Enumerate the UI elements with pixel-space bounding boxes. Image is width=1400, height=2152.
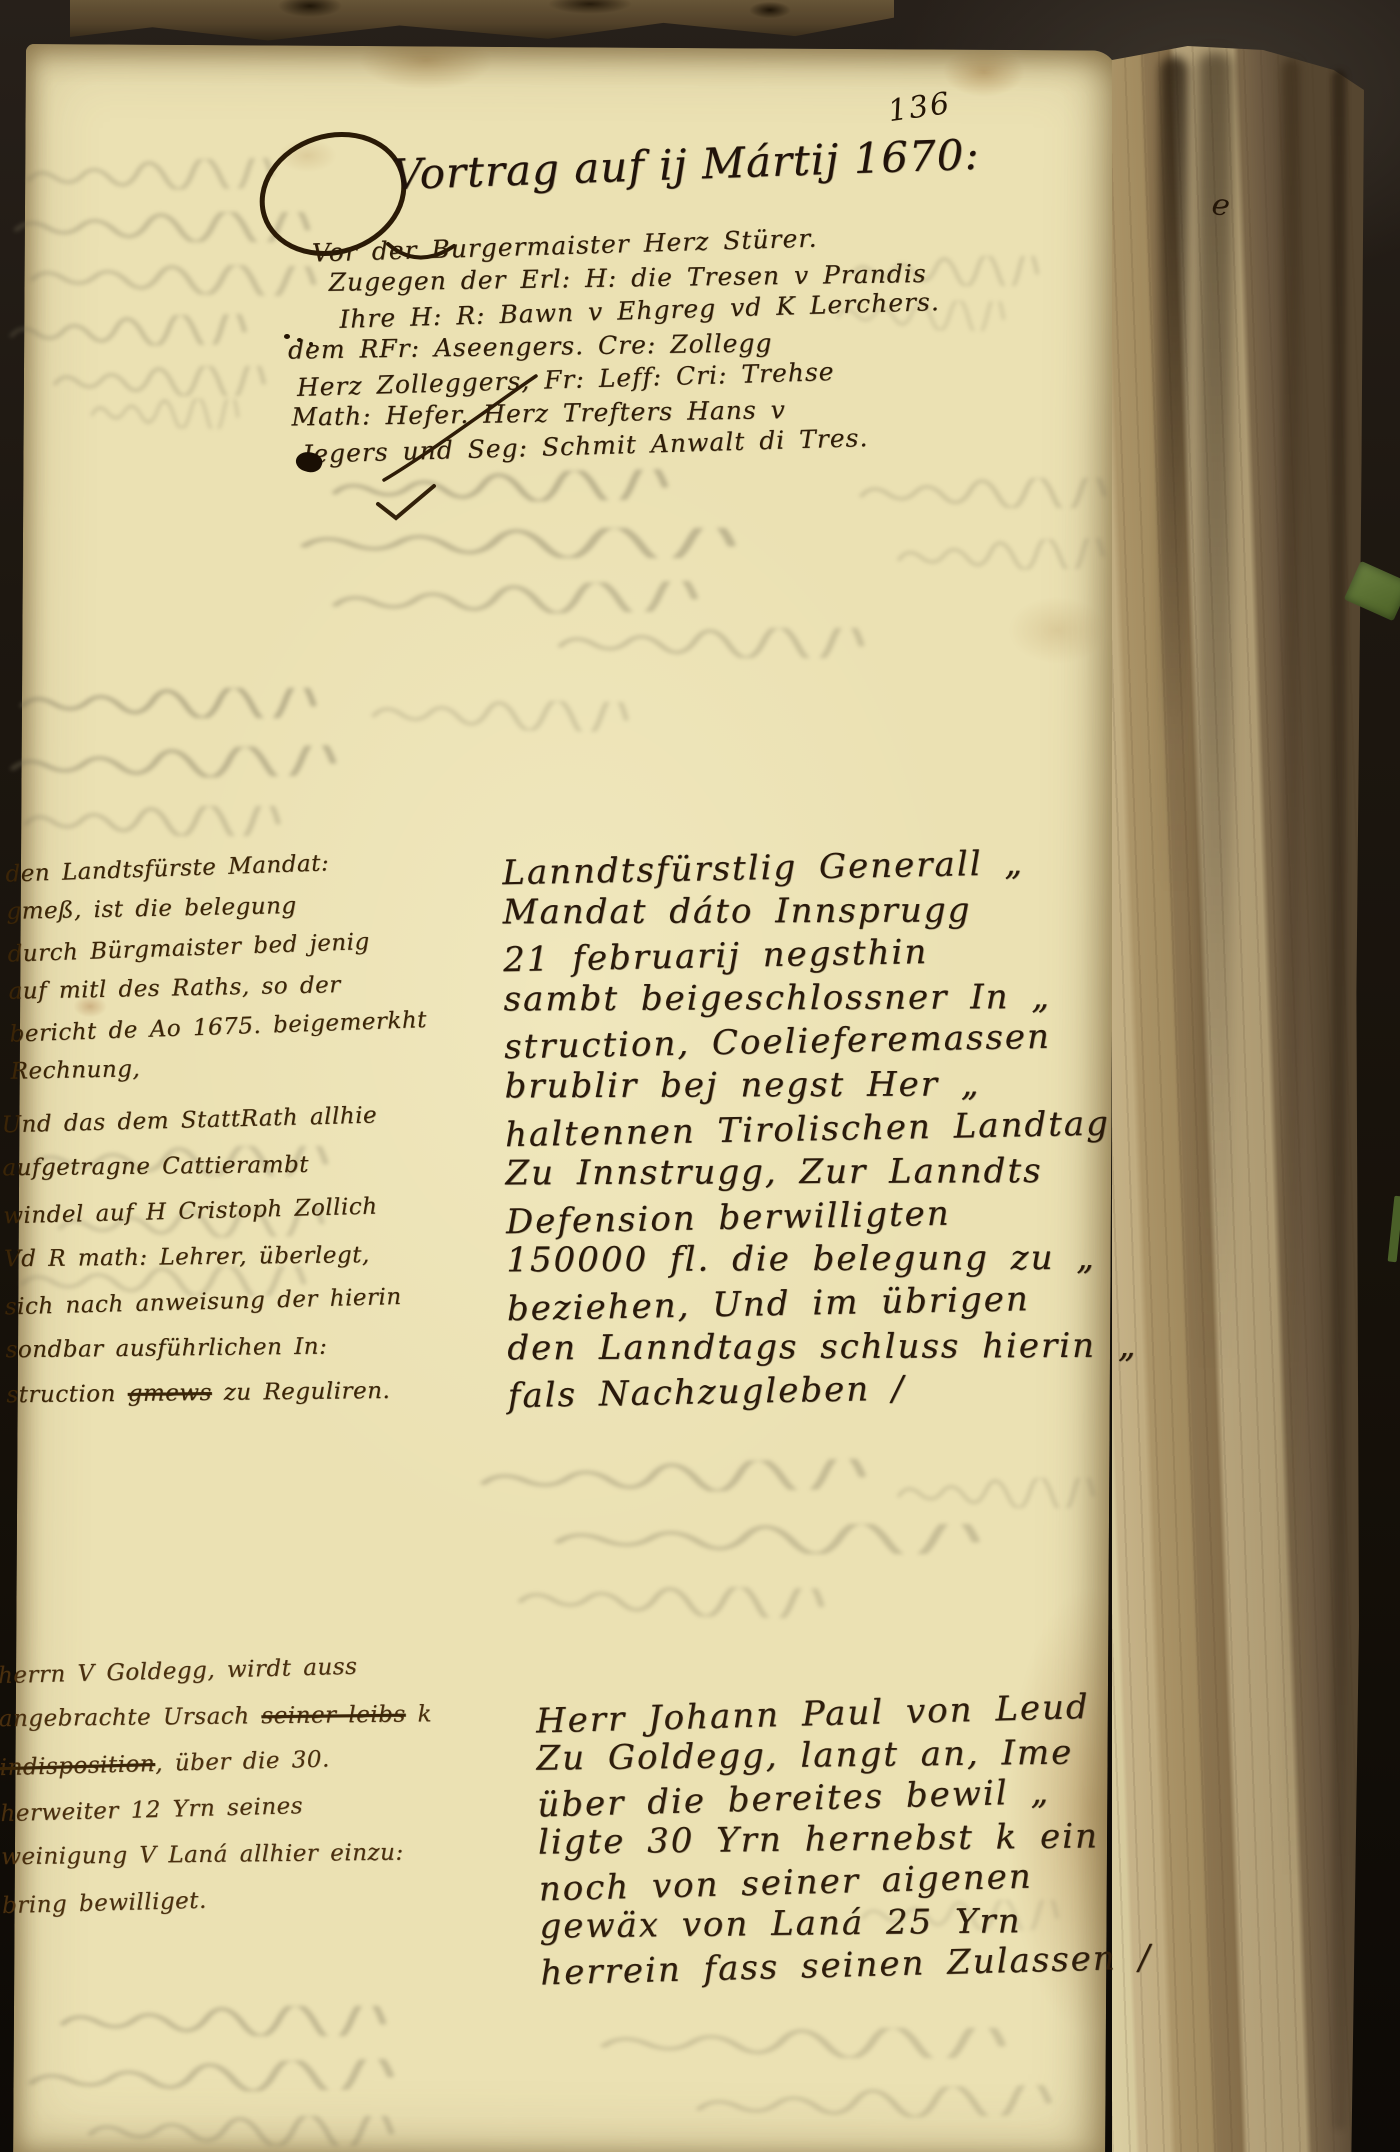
- bleedthrough-squiggle: [598, 2028, 1008, 2058]
- handwritten-line: herrn V Goldegg, wirdt auss: [0, 1643, 389, 1699]
- line-text: struction: [6, 1381, 128, 1408]
- fore-edge-shadow: [1332, 70, 1346, 2130]
- bleedthrough-squiggle: [86, 2116, 396, 2146]
- handwritten-line: beziehen, Und im übrigen: [506, 1276, 1157, 1332]
- bookmark-ribbon: [1388, 1196, 1400, 1263]
- bleedthrough-squiggle: [8, 745, 338, 781]
- handwritten-line: Lanndtsfürstlig Generall „: [502, 840, 1153, 896]
- handwritten-line: Und das dem StattRath allhie: [1, 1093, 412, 1149]
- struck-word: indisposition: [0, 1751, 155, 1781]
- line-text: angebrachte Ursach: [0, 1703, 262, 1732]
- bleedthrough-squiggle: [90, 397, 241, 430]
- bleedthrough-squiggle: [516, 1583, 826, 1618]
- manuscript-scan: e 136 Vortrag auf ij Mártij 1670: Vor de…: [0, 0, 1400, 2152]
- handwritten-line: brublir bej negst Her „: [504, 1063, 1154, 1109]
- handwritten-line: struction gmews zu Reguliren.: [6, 1369, 416, 1419]
- body-paragraph-1: Lanndtsfürstlig Generall „Mandat dáto In…: [502, 843, 1158, 1416]
- margin-note-2: Und das dem StattRath allhieaufgetragne …: [1, 1094, 416, 1420]
- ink-dot: [297, 338, 302, 342]
- handwritten-line: struction, Coelieferemassen: [504, 1014, 1155, 1070]
- margin-note-3: herrn V Goldegg, wirdt auss angebrachte …: [0, 1645, 392, 1928]
- handwritten-line: bring bewilliget.: [1, 1873, 392, 1929]
- line-text: k: [406, 1701, 433, 1727]
- fore-edge-shadow: [1160, 56, 1188, 896]
- bleedthrough-squiggle: [694, 2085, 1054, 2121]
- book-top-edge: [70, 0, 894, 44]
- bleedthrough-squiggle: [370, 698, 630, 733]
- bleedthrough-squiggle: [8, 314, 248, 348]
- line-text: zu Reguliren.: [212, 1378, 391, 1406]
- handwritten-line: 150000 fl. die belegung zu „: [506, 1237, 1156, 1283]
- handwritten-line: 21 februarij negsthin: [503, 927, 1154, 983]
- bleedthrough-squiggle: [18, 688, 318, 718]
- margin-note-1: den Landtsfürste Mandat:gmeß, ist die be…: [5, 843, 391, 1093]
- bleedthrough-squiggle: [52, 366, 267, 396]
- bleedthrough-squiggle: [896, 538, 1106, 572]
- handwritten-line: weinigung V Laná allhier einzu:: [1, 1830, 391, 1880]
- checkmark-flourish: [372, 480, 442, 524]
- fore-edge-shadow: [1282, 60, 1300, 2040]
- handwritten-line: Zu Innstrugg, Zur Lanndts: [505, 1150, 1155, 1196]
- ink-dot: [309, 342, 313, 346]
- handwritten-line: den Lanndtags schluss hierin „: [507, 1324, 1157, 1370]
- body-paragraph-2: Herr Johann Paul von LeudZu Goldegg, lan…: [535, 1686, 1190, 1991]
- line-text: , über die 30.: [155, 1746, 330, 1777]
- handwritten-line: Rechnung,: [10, 1044, 391, 1092]
- bleedthrough-squiggle: [22, 806, 282, 836]
- bleedthrough-squiggle: [896, 1478, 1096, 1508]
- handwritten-line: sondbar ausführlichen In:: [5, 1323, 415, 1373]
- margin-note-3-lines: herweiter 12 Yrn seinesweinigung V Laná …: [0, 1783, 392, 1928]
- ink-dot: [284, 334, 290, 339]
- struck-word: gmews: [128, 1380, 212, 1407]
- handwritten-line: herweiter 12 Yrn seines: [0, 1781, 391, 1837]
- lead-in-flourish: [378, 368, 543, 486]
- margin-note-2-lines: Und das dem StattRath allhieaufgetragne …: [1, 1094, 416, 1374]
- handwritten-line: angebrachte Ursach seiner leibs k: [0, 1692, 389, 1742]
- bleedthrough-squiggle: [58, 2006, 388, 2036]
- bleedthrough-squiggle: [858, 478, 1108, 508]
- handwritten-line: aufgetragne Cattierambt: [2, 1141, 412, 1191]
- bleedthrough-squiggle: [298, 528, 738, 558]
- handwritten-line: haltennen Tirolischen Landtag: [505, 1101, 1156, 1157]
- handwritten-line: windel auf H Cristoph Zollich: [3, 1184, 414, 1240]
- handwritten-line: sich nach anweisung der hierin: [4, 1275, 415, 1331]
- bleedthrough-squiggle: [556, 628, 866, 658]
- struck-word: seiner leibs: [261, 1702, 406, 1730]
- fore-edge-shadow: [1198, 52, 1232, 1552]
- handwritten-line: Vd R math: Lehrer, überlegt,: [4, 1232, 414, 1282]
- bleedthrough-squiggle: [552, 1524, 982, 1554]
